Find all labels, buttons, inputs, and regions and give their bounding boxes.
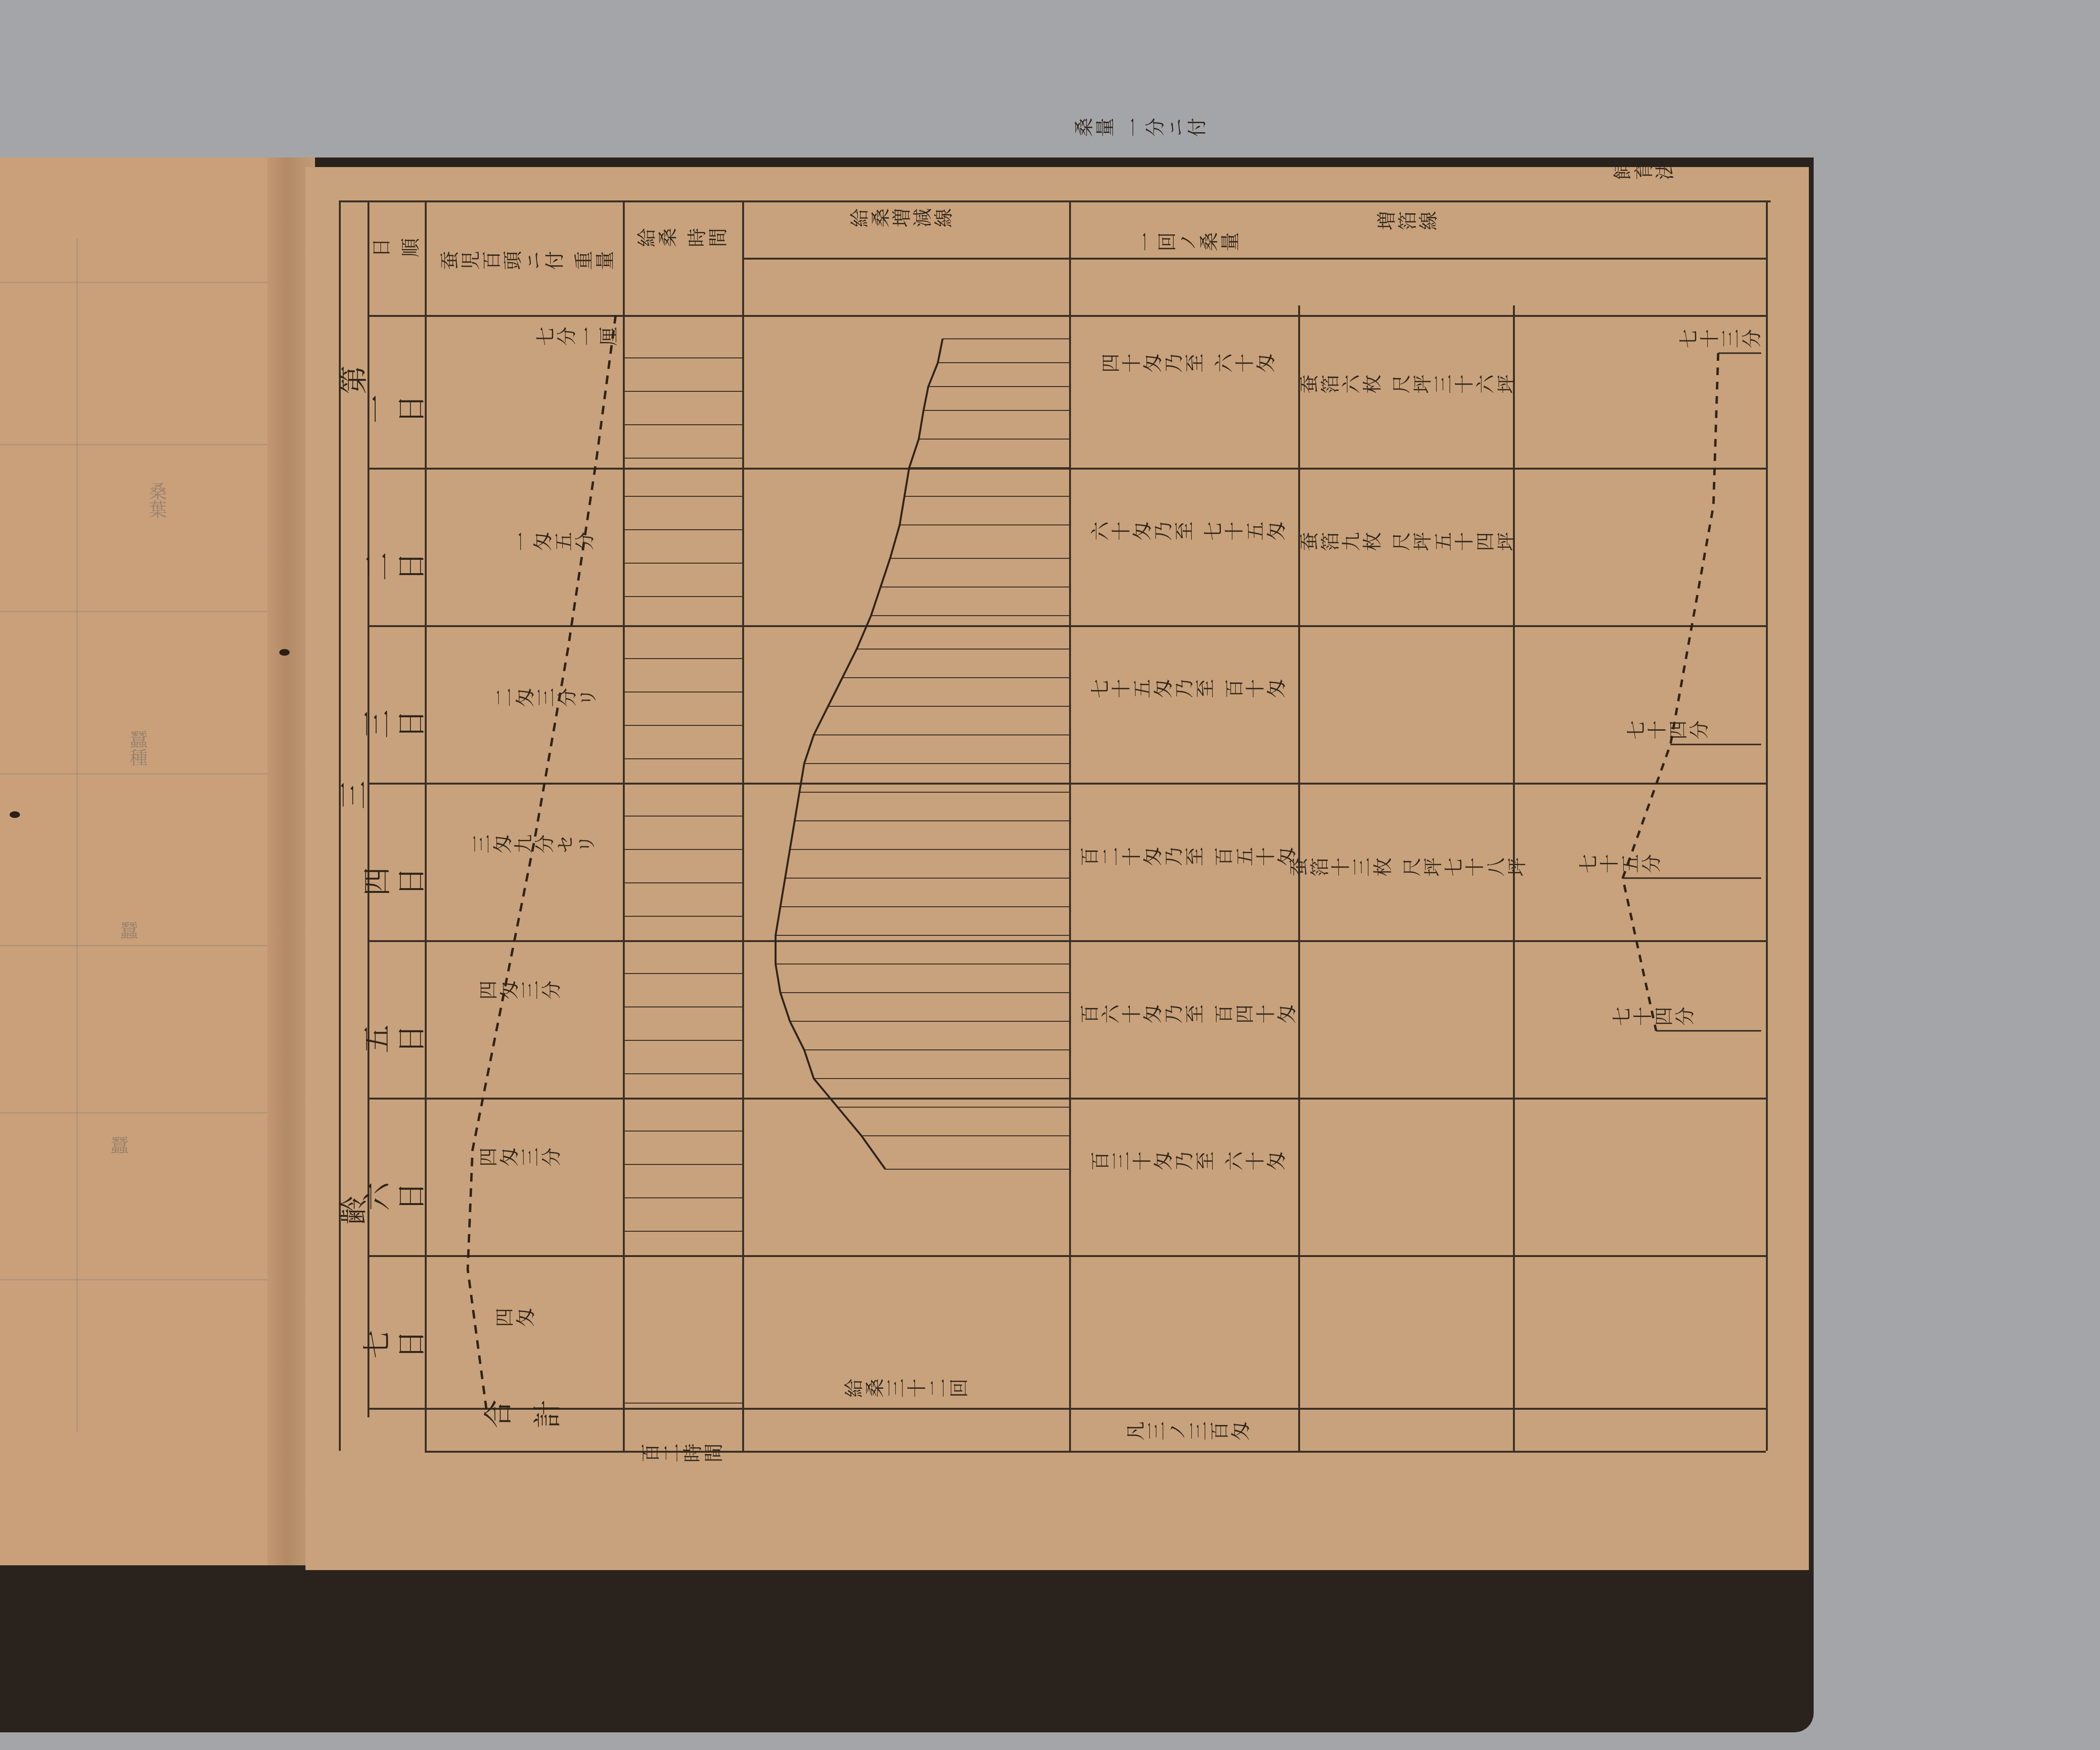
day-label: 五日 <box>362 1027 430 1075</box>
expansion-note: 蚕箔十三枚 尺坪七十八坪 <box>1289 859 1528 1040</box>
day-label: 七日 <box>362 1332 430 1380</box>
totals-label: 合 計 <box>483 1402 567 1593</box>
pencil-rule <box>0 945 267 946</box>
day-label: 三日 <box>362 712 430 760</box>
pencil-note: 蠶種 <box>124 730 150 766</box>
col-divider-chart <box>1069 200 1071 1451</box>
right-page: 第 三 齢 日 順 蚕児百頭ニ付 重量 給桑 時間 桑量 一分ニ付 給桑増減線 … <box>305 167 1809 1570</box>
temp-note: 七十四分 <box>1626 722 1710 794</box>
pencil-rule <box>0 1112 267 1113</box>
totals-hours: 百二時間 <box>640 1445 724 1560</box>
frame-right <box>1766 200 1768 1451</box>
day-label: 四日 <box>362 870 430 917</box>
pencil-note: 桑葉 <box>143 482 169 518</box>
pencil-rule <box>0 1279 267 1280</box>
mulberry-amount: 七十五匁乃至 百十匁 <box>1090 681 1287 862</box>
mulberry-amount: 百二十匁乃至 百五十匁 <box>1080 849 1298 1030</box>
pencil-rule <box>0 611 267 612</box>
mulberry-amount: 百三十匁乃至 六十匁 <box>1090 1153 1287 1334</box>
header-days: 日 順 <box>371 240 421 297</box>
frame-top <box>339 200 1771 202</box>
pencil-margin-line <box>76 239 78 1432</box>
binding-hole <box>279 649 290 656</box>
pencil-rule <box>0 773 267 775</box>
mulberry-change-chart[interactable] <box>742 315 1069 1413</box>
pencil-rule <box>0 282 267 283</box>
totals-mulberry: 凡三ノ三百匁 <box>1125 1423 1251 1624</box>
day-label: 六日 <box>362 1184 430 1232</box>
temp-note: 七十五分 <box>1578 856 1662 927</box>
pencil-note: 蠶 <box>115 921 141 939</box>
temp-note: 七十四分 <box>1612 1008 1696 1080</box>
mulberry-amount: 六十匁乃至 七十五匁 <box>1090 523 1287 704</box>
mulberry-amount: 四十匁乃至 六十匁 <box>1101 355 1277 536</box>
day-label: 二日 <box>362 555 430 602</box>
pencil-rule <box>0 444 267 445</box>
feeding-time-grid <box>623 315 742 1451</box>
temp-note: 七十三分 <box>1679 331 1763 402</box>
day-label: 一日 <box>362 397 430 445</box>
expansion-note: 蚕箔六枚 尺坪三十六坪 <box>1299 376 1517 557</box>
weight-curve <box>425 315 623 1413</box>
table-bottom <box>425 1451 1766 1453</box>
left-page: 桑葉 蠶種 蠶 蠶 <box>0 157 267 1565</box>
col-divider <box>367 200 369 1417</box>
binding-hole <box>10 811 20 818</box>
totals-feed-count: 給桑三十二回 <box>844 1380 970 1666</box>
pencil-note: 蠶 <box>105 1136 131 1154</box>
expansion-note: 蚕箔九枚 尺坪五十四坪 <box>1299 534 1517 715</box>
